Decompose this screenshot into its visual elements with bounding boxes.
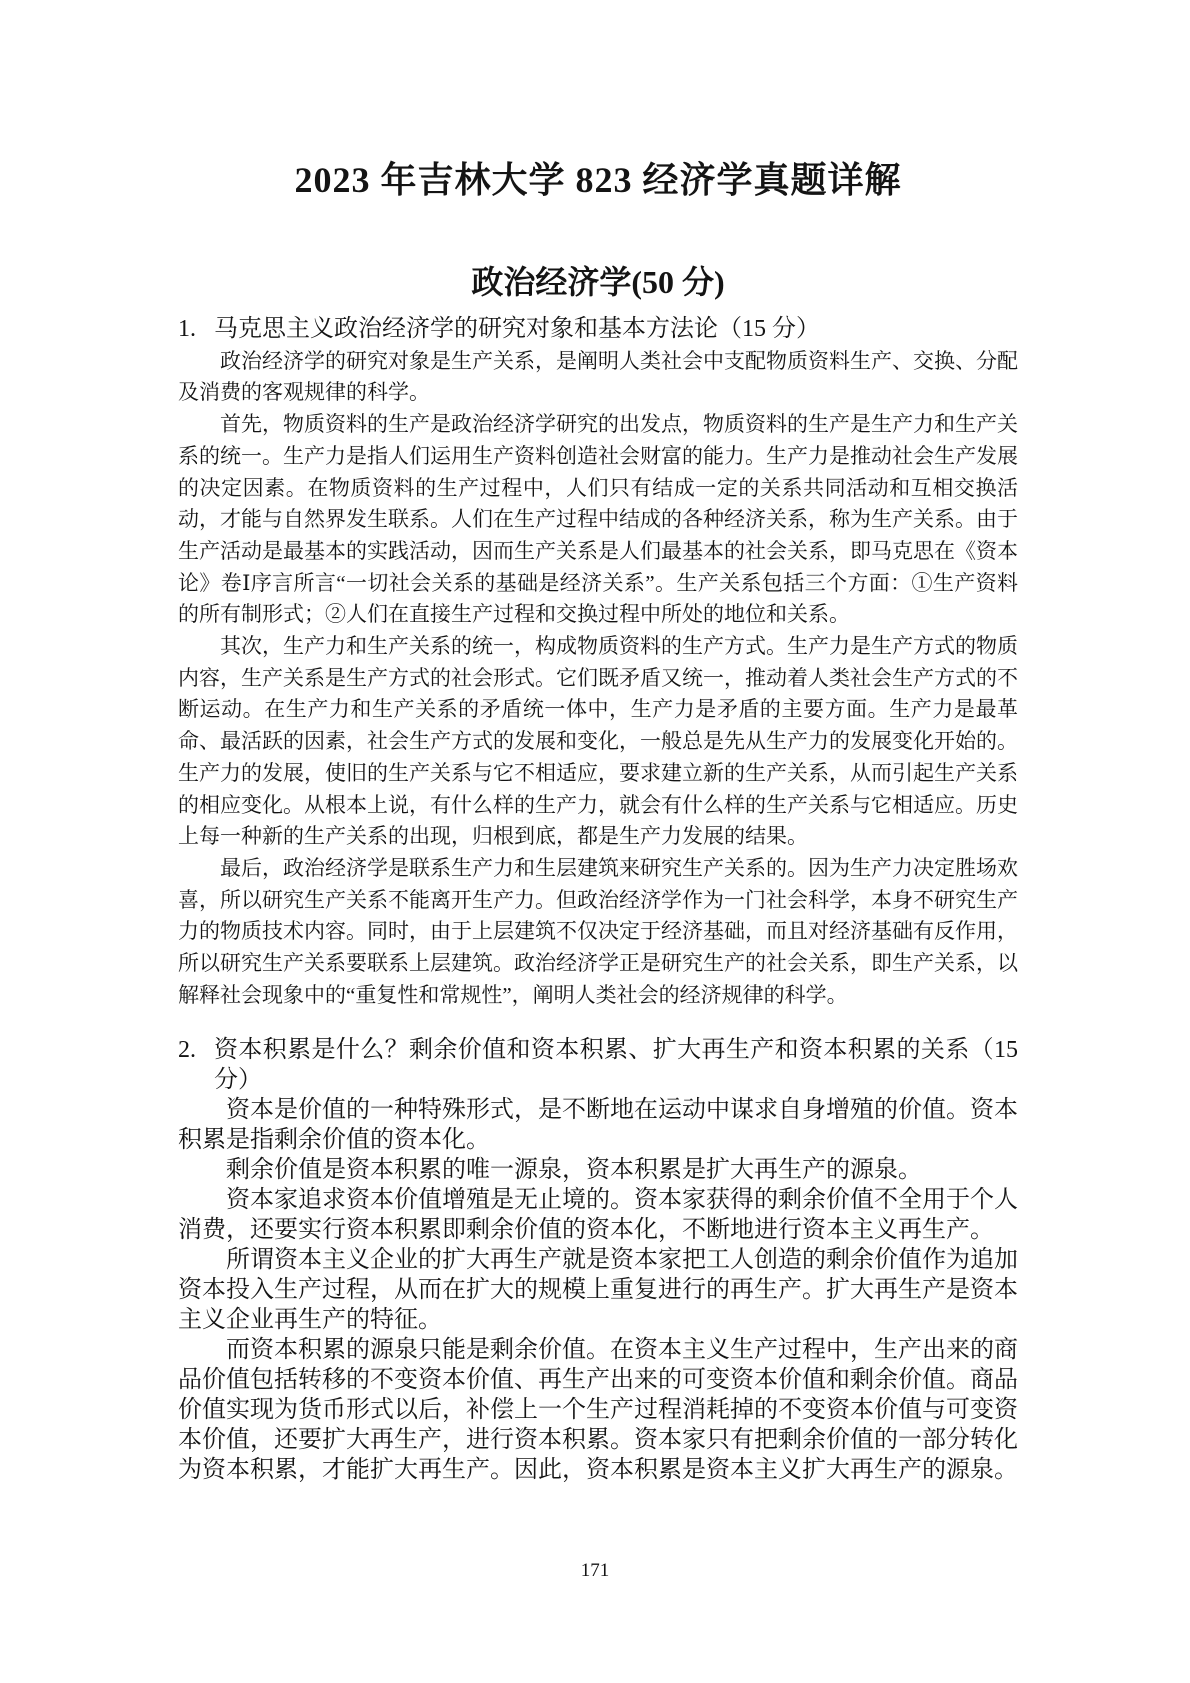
- answer-paragraph: 而资本积累的源泉只能是剩余价值。在资本主义生产过程中，生产出来的商品价值包括转移…: [178, 1335, 1018, 1485]
- question-2-answer: 资本是价值的一种特殊形式，是不断地在运动中谋求自身增殖的价值。资本积累是指剩余价…: [178, 1095, 1018, 1485]
- section-heading: 政治经济学(50 分): [178, 262, 1018, 302]
- question-1-number: 1.: [178, 314, 214, 346]
- document-page: 2023 年吉林大学 823 经济学真题详解 政治经济学(50 分) 1. 马克…: [0, 0, 1190, 1683]
- question-2-heading: 资本积累是什么？剩余价值和资本积累、扩大再生产和资本积累的关系（15 分）: [214, 1035, 1018, 1095]
- answer-paragraph: 政治经济学的研究对象是生产关系，是阐明人类社会中支配物质资料生产、交换、分配及消…: [178, 346, 1018, 409]
- page-content: 2023 年吉林大学 823 经济学真题详解 政治经济学(50 分) 1. 马克…: [178, 0, 1018, 1485]
- exam-title: 2023 年吉林大学 823 经济学真题详解: [178, 158, 1018, 202]
- question-1-heading: 马克思主义政治经济学的研究对象和基本方法论（15 分）: [214, 314, 1018, 346]
- question-2-number: 2.: [178, 1035, 214, 1065]
- page-number: 171: [0, 1560, 1190, 1582]
- answer-paragraph: 所谓资本主义企业的扩大再生产就是资本家把工人创造的剩余价值作为追加资本投入生产过…: [178, 1245, 1018, 1335]
- question-1-heading-row: 1. 马克思主义政治经济学的研究对象和基本方法论（15 分）: [178, 314, 1018, 346]
- answer-paragraph: 剩余价值是资本积累的唯一源泉，资本积累是扩大再生产的源泉。: [178, 1155, 1018, 1185]
- question-1: 1. 马克思主义政治经济学的研究对象和基本方法论（15 分） 政治经济学的研究对…: [178, 314, 1018, 1011]
- answer-paragraph: 最后，政治经济学是联系生产力和生层建筑来研究生产关系的。因为生产力决定胜场欢喜，…: [178, 853, 1018, 1012]
- answer-paragraph: 资本是价值的一种特殊形式，是不断地在运动中谋求自身增殖的价值。资本积累是指剩余价…: [178, 1095, 1018, 1155]
- answer-paragraph: 首先，物质资料的生产是政治经济学研究的出发点，物质资料的生产是生产力和生产关系的…: [178, 409, 1018, 631]
- answer-paragraph: 资本家追求资本价值增殖是无止境的。资本家获得的剩余价值不全用于个人消费，还要实行…: [178, 1185, 1018, 1245]
- question-2-heading-row: 2. 资本积累是什么？剩余价值和资本积累、扩大再生产和资本积累的关系（15 分）: [178, 1035, 1018, 1095]
- answer-paragraph: 其次，生产力和生产关系的统一，构成物质资料的生产方式。生产力是生产方式的物质内容…: [178, 631, 1018, 853]
- question-2: 2. 资本积累是什么？剩余价值和资本积累、扩大再生产和资本积累的关系（15 分）…: [178, 1035, 1018, 1485]
- question-1-answer: 政治经济学的研究对象是生产关系，是阐明人类社会中支配物质资料生产、交换、分配及消…: [178, 346, 1018, 1012]
